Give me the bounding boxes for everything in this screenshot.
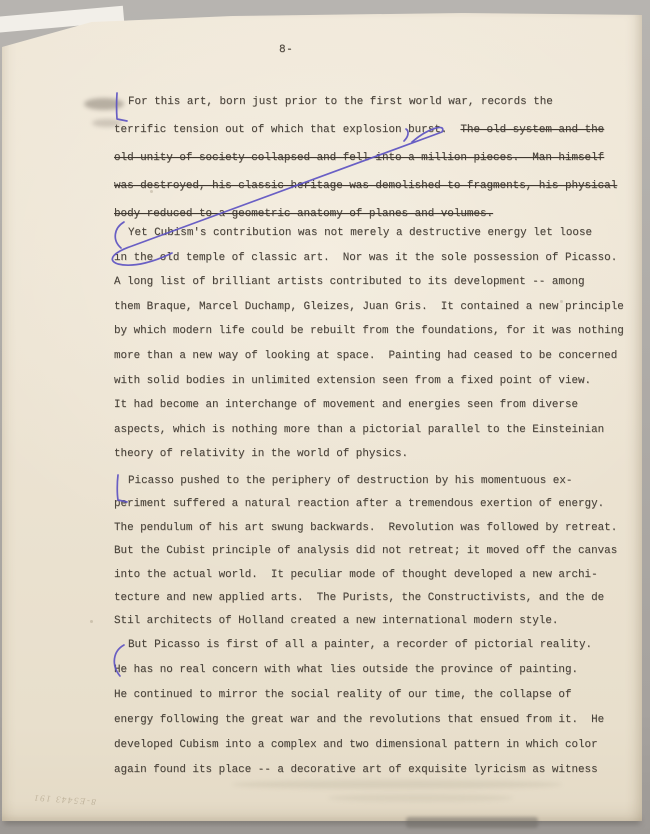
paragraph: Picasso pushed to the periphery of destr…	[114, 470, 640, 634]
typed-line: them Braque, Marcel Duchamp, Gleizes, Ju…	[114, 295, 640, 320]
typed-text: A long list of brilliant artists contrib…	[114, 276, 585, 288]
struck-text: old unity of society collapsed and fell …	[114, 152, 604, 164]
typed-line: He continued to mirror the social realit…	[114, 683, 640, 708]
edge-smudge	[406, 817, 538, 828]
typed-text: He continued to mirror the social realit…	[114, 689, 571, 701]
typed-text: aspects, which is nothing more than a pi…	[114, 424, 604, 436]
typed-text: It had become an interchange of movement…	[114, 399, 578, 411]
typed-text: theory of relativity in the world of phy…	[114, 448, 408, 460]
typed-line: He has no real concern with what lies ou…	[114, 658, 640, 683]
typed-line: more than a new way of looking at space.…	[114, 344, 640, 369]
typed-line: aspects, which is nothing more than a pi…	[114, 418, 640, 443]
typed-text: tecture and new applied arts. The Purist…	[114, 592, 604, 604]
typed-text: them Braque, Marcel Duchamp, Gleizes, Ju…	[114, 301, 624, 313]
typed-line: theory of relativity in the world of phy…	[114, 442, 640, 467]
typed-text: developed Cubism into a complex and two …	[114, 739, 598, 751]
typed-line: developed Cubism into a complex and two …	[114, 733, 640, 758]
typed-line: was destroyed, his classic heritage was …	[114, 172, 640, 200]
paragraph: But Picasso is first of all a painter, a…	[114, 633, 640, 783]
typed-text: more than a new way of looking at space.…	[114, 350, 617, 362]
typed-line: with solid bodies in unlimited extension…	[114, 369, 640, 394]
paper-speck	[90, 620, 93, 623]
paragraph: For this art, born just prior to the fir…	[114, 88, 640, 228]
typed-line: periment suffered a natural reaction aft…	[114, 493, 640, 516]
typed-text: He has no real concern with what lies ou…	[114, 664, 578, 676]
bleed-through-ghost	[232, 780, 562, 789]
erasure-smudge	[84, 98, 124, 110]
typed-text: Stil architects of Holland created a new…	[114, 615, 558, 627]
typed-text: But Picasso is first of all a painter, a…	[128, 639, 592, 651]
typed-text: into the actual world. It peculiar mode …	[114, 569, 598, 581]
typed-text: by which modern life could be rebuilt fr…	[114, 325, 624, 337]
typed-line: For this art, born just prior to the fir…	[114, 88, 640, 116]
typed-text: in the old temple of classic art. Nor wa…	[114, 252, 617, 264]
typed-line: old unity of society collapsed and fell …	[114, 144, 640, 172]
typed-line: Stil architects of Holland created a new…	[114, 610, 640, 633]
bleed-through-ghost	[328, 794, 513, 802]
typed-line: It had become an interchange of movement…	[114, 393, 640, 418]
paper-speck	[150, 190, 153, 193]
typed-line: tecture and new applied arts. The Purist…	[114, 587, 640, 610]
typed-line: But the Cubist principle of analysis did…	[114, 540, 640, 563]
pencil-inscription: 8-E5443 191	[4, 791, 96, 807]
paper-speck	[560, 300, 563, 303]
typed-line: by which modern life could be rebuilt fr…	[114, 319, 640, 344]
typed-line: The pendulum of his art swung backwards.…	[114, 517, 640, 540]
typed-line: Yet Cubism's contribution was not merely…	[114, 221, 640, 246]
typed-text: again found its place -- a decorative ar…	[114, 764, 598, 776]
erasure-smudge	[92, 119, 122, 127]
typed-line: in the old temple of classic art. Nor wa…	[114, 246, 640, 271]
typed-text: The pendulum of his art swung backwards.…	[114, 522, 617, 534]
typed-content: 8- For this art, born just prior to the …	[0, 0, 650, 834]
page-number: 8-	[279, 44, 293, 56]
typed-text: Picasso pushed to the periphery of destr…	[128, 475, 572, 487]
typed-line: energy following the great war and the r…	[114, 708, 640, 733]
typed-line: terrific tension out of which that explo…	[114, 116, 640, 144]
typed-text	[447, 124, 460, 136]
struck-text: body reduced to a geometric anatomy of p…	[114, 208, 493, 220]
struck-text: was destroyed, his classic heritage was …	[114, 180, 617, 192]
typed-text: terrific tension out of which that explo…	[114, 124, 447, 136]
typed-text: with solid bodies in unlimited extension…	[114, 375, 591, 387]
photographed-manuscript: 8- For this art, born just prior to the …	[0, 0, 650, 834]
typed-line: into the actual world. It peculiar mode …	[114, 564, 640, 587]
typed-line: But Picasso is first of all a painter, a…	[114, 633, 640, 658]
typed-text: Yet Cubism's contribution was not merely…	[128, 227, 592, 239]
struck-text: The old system and the	[460, 124, 604, 136]
typed-text: energy following the great war and the r…	[114, 714, 604, 726]
typed-text: periment suffered a natural reaction aft…	[114, 498, 604, 510]
typed-text: But the Cubist principle of analysis did…	[114, 545, 617, 557]
typed-line: A long list of brilliant artists contrib…	[114, 270, 640, 295]
paragraph: Yet Cubism's contribution was not merely…	[114, 221, 640, 467]
typed-line: Picasso pushed to the periphery of destr…	[114, 470, 640, 493]
typed-text: For this art, born just prior to the fir…	[128, 96, 553, 108]
